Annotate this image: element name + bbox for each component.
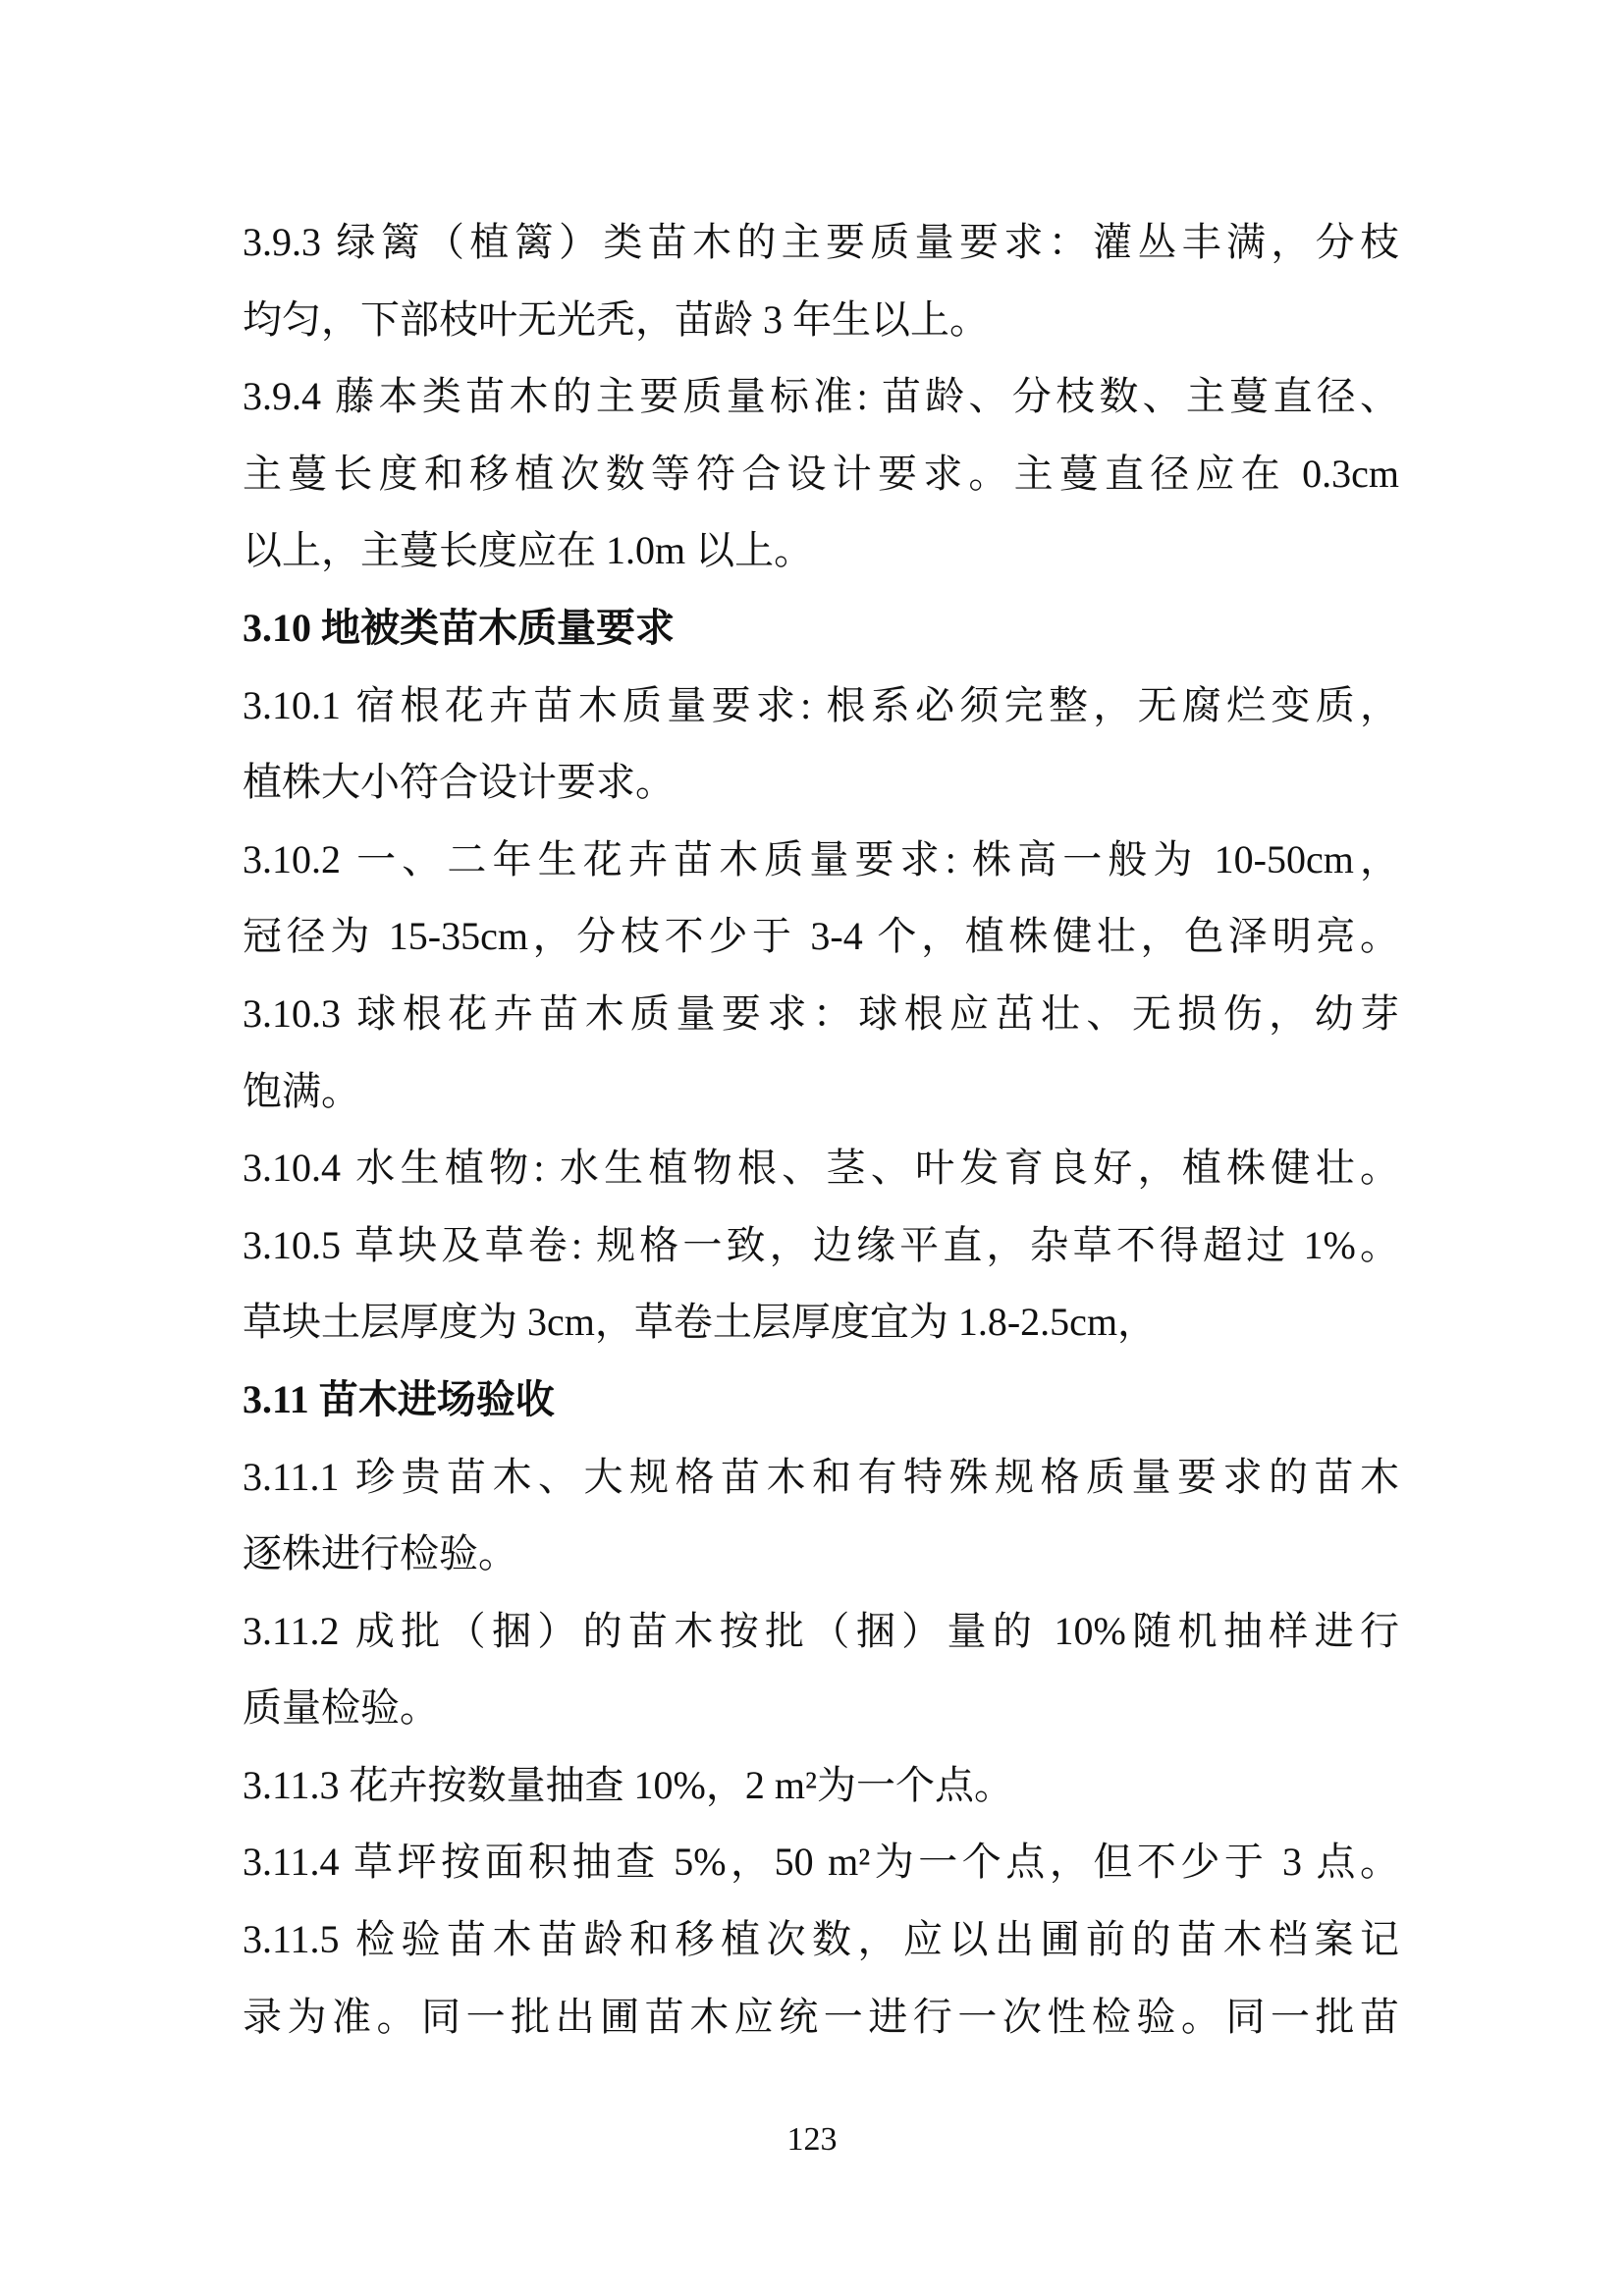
paragraph-line: 3.10.4 水生植物: 水生植物根、茎、叶发育良好，植株健壮。	[243, 1130, 1399, 1207]
paragraph-line: 质量检验。	[243, 1670, 1399, 1747]
paragraph-line: 3.11.1 珍贵苗木、大规格苗木和有特殊规格质量要求的苗木	[243, 1439, 1399, 1517]
paragraph-line: 3.9.3 绿篱（植篱）类苗木的主要质量要求：灌丛丰满，分枝	[243, 204, 1399, 282]
paragraph-line: 录为准。同一批出圃苗木应统一进行一次性检验。同一批苗	[243, 1979, 1399, 2056]
paragraph-line: 以上，主蔓长度应在 1.0m 以上。	[243, 512, 1399, 590]
paragraph-line: 冠径为 15-35cm，分枝不少于 3-4 个，植株健壮，色泽明亮。	[243, 898, 1399, 976]
paragraph-line: 草块土层厚度为 3cm，草卷土层厚度宜为 1.8-2.5cm，	[243, 1284, 1399, 1362]
paragraph-line: 植株大小符合设计要求。	[243, 744, 1399, 822]
section-heading: 3.11 苗木进场验收	[243, 1362, 1399, 1439]
page-number: 123	[0, 2120, 1624, 2160]
document-page: 3.9.3 绿篱（植篱）类苗木的主要质量要求：灌丛丰满，分枝 均匀，下部枝叶无光…	[0, 0, 1624, 2296]
paragraph-line: 均匀，下部枝叶无光秃，苗龄 3 年生以上。	[243, 282, 1399, 359]
paragraph-line: 3.11.2 成批（捆）的苗木按批（捆）量的 10%随机抽样进行	[243, 1593, 1399, 1671]
section-heading: 3.10 地被类苗木质量要求	[243, 590, 1399, 667]
paragraph-line: 3.11.3 花卉按数量抽查 10%，2 m²为一个点。	[243, 1747, 1399, 1825]
paragraph-line: 饱满。	[243, 1053, 1399, 1131]
paragraph-line: 3.11.4 草坪按面积抽查 5%，50 m²为一个点，但不少于 3 点。	[243, 1824, 1399, 1901]
paragraph-line: 逐株进行检验。	[243, 1516, 1399, 1593]
paragraph-line: 主蔓长度和移植次数等符合设计要求。主蔓直径应在 0.3cm	[243, 436, 1399, 513]
paragraph-line: 3.9.4 藤本类苗木的主要质量标准: 苗龄、分枝数、主蔓直径、	[243, 358, 1399, 436]
paragraph-line: 3.10.1 宿根花卉苗木质量要求: 根系必须完整，无腐烂变质，	[243, 667, 1399, 745]
paragraph-line: 3.10.3 球根花卉苗木质量要求：球根应茁壮、无损伤，幼芽	[243, 976, 1399, 1053]
paragraph-line: 3.11.5 检验苗木苗龄和移植次数，应以出圃前的苗木档案记	[243, 1901, 1399, 1979]
document-body: 3.9.3 绿篱（植篱）类苗木的主要质量要求：灌丛丰满，分枝 均匀，下部枝叶无光…	[243, 204, 1399, 2056]
paragraph-line: 3.10.5 草块及草卷: 规格一致，边缘平直，杂草不得超过 1%。	[243, 1207, 1399, 1285]
paragraph-line: 3.10.2 一、二年生花卉苗木质量要求: 株高一般为 10-50cm，	[243, 822, 1399, 899]
